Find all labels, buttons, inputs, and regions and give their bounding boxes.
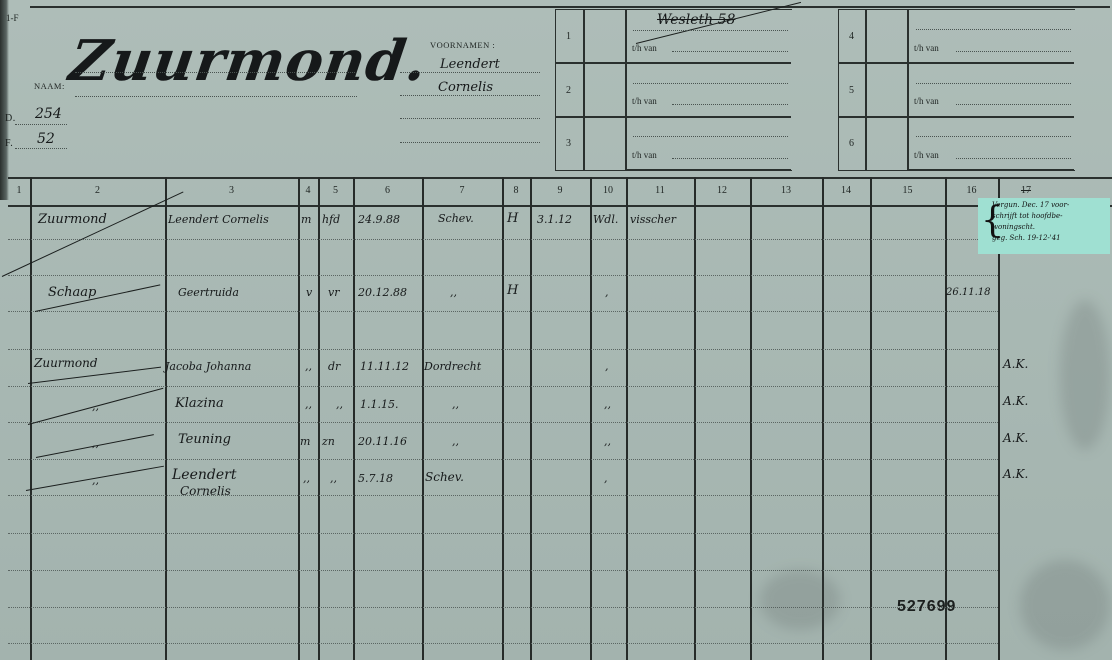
row-1-birthplace: Schev. (438, 212, 474, 225)
row-3-firstnames: Jacoba Johanna (165, 360, 251, 373)
voornamen-dotline-1 (400, 72, 540, 73)
row-rule (8, 311, 998, 312)
row-3-relation: dr (328, 360, 340, 373)
column-header-16: 16 (945, 185, 998, 196)
column-header-10: 10 (590, 185, 626, 196)
address-divider (625, 9, 627, 171)
address-dotline (916, 29, 1071, 30)
column-header-13: 13 (750, 185, 822, 196)
address-divider (907, 9, 909, 171)
margin-note-line-4: geg. Sch. 19-12-'41 (992, 233, 1106, 244)
column-divider (502, 177, 504, 660)
margin-note-line-2: schrijft tot hoofdbe- (992, 211, 1106, 222)
address-box-group-2 (838, 9, 1075, 171)
thv-label-5: t/h van (914, 96, 939, 106)
address-box-num-3: 3 (566, 138, 571, 149)
address-dotline (633, 136, 788, 137)
address-box-num-5: 5 (849, 85, 854, 96)
column-divider (750, 177, 752, 660)
row-6-status: , (604, 472, 608, 485)
row-rule (8, 533, 998, 534)
surname: Zuurmond. (65, 28, 431, 94)
top-rule (30, 6, 1110, 8)
column-header-12: 12 (694, 185, 750, 196)
row-4-sex: ,, (305, 398, 312, 411)
registration-card: 1-F NAAM: Zuurmond. D. 254 F. 52 VOORNAM… (0, 0, 1112, 660)
surname-baseline (75, 96, 357, 97)
address-box-num-1: 1 (566, 31, 571, 42)
address-dotline (633, 83, 788, 84)
column-divider (353, 177, 355, 660)
address-divider (838, 62, 1074, 64)
row-2-departure-date: 26.11.18 (946, 287, 991, 298)
address-divider (583, 9, 585, 171)
margin-note-line-3: woningscht. (992, 222, 1106, 233)
column-divider (30, 177, 32, 660)
column-divider (422, 177, 424, 660)
row-3-status: , (605, 360, 609, 373)
row-2-firstnames: Geertruida (178, 286, 239, 299)
address-box-num-4: 4 (849, 31, 854, 42)
column-divider (626, 177, 628, 660)
column-header-17: 17 (998, 185, 1054, 196)
column-header-9: 9 (530, 185, 590, 196)
column-header-5: 5 (318, 185, 353, 196)
row-1-relation: hfd (322, 213, 340, 226)
row-3-surname: Zuurmond (34, 356, 98, 370)
address-divider (838, 116, 1074, 118)
margin-note-line-1: Vergun. Dec. 17 voor- (992, 200, 1106, 211)
column-header-1: 1 (8, 185, 30, 196)
row-rule (8, 275, 998, 276)
row-1-firstnames: Leendert Cornelis (168, 213, 269, 226)
column-header-2: 2 (30, 185, 165, 196)
row-5-firstnames: Teuning (178, 432, 231, 447)
address-divider (907, 169, 1074, 171)
row-2-sex: v (306, 286, 312, 299)
row-rule (8, 459, 998, 460)
row-4-status: ,, (604, 398, 611, 411)
address-dotline (672, 104, 788, 105)
column-divider (694, 177, 696, 660)
thv-label-4: t/h van (914, 43, 939, 53)
voornamen-line-1: Leendert (440, 57, 500, 72)
row-3-remark: A.K. (1003, 357, 1028, 371)
voornamen-dotline-2 (400, 95, 540, 96)
row-1-religion: H (507, 211, 518, 226)
brace-icon: { (981, 201, 1004, 241)
d-line (15, 124, 67, 125)
row-4-remark: A.K. (1003, 394, 1028, 408)
row-2-birthdate: 20.12.88 (358, 286, 407, 299)
row-6-relation: ,, (330, 472, 337, 485)
f-label: F. (5, 138, 13, 149)
address-dotline (956, 51, 1071, 52)
column-divider (530, 177, 532, 660)
row-2-religion: H (507, 283, 518, 298)
row-3-sex: ,, (305, 360, 312, 373)
naam-label: NAAM: (34, 81, 65, 91)
surname-guide-line (75, 72, 357, 73)
address-divider (555, 62, 791, 64)
row-6-remark: A.K. (1003, 467, 1028, 481)
row-rule (8, 570, 998, 571)
column-header-6: 6 (353, 185, 422, 196)
row-1-status: Wdl. (593, 213, 618, 226)
row-5-status: ,, (604, 435, 611, 448)
address-dotline (956, 158, 1071, 159)
row-rule (8, 386, 998, 387)
row-1-date: 3.1.12 (537, 213, 572, 226)
address-dotline (672, 158, 788, 159)
address-dotline (672, 51, 788, 52)
row-rule (8, 422, 998, 423)
column-header-4: 4 (298, 185, 318, 196)
row-rule (8, 643, 998, 644)
row-6-surname: ,, (92, 474, 99, 487)
address-divider (865, 9, 867, 171)
column-header-15: 15 (870, 185, 945, 196)
voornamen-label: VOORNAMEN : (430, 40, 495, 50)
row-5-birthplace: ,, (452, 435, 459, 448)
address-divider (555, 116, 791, 118)
thv-label-2: t/h van (632, 96, 657, 106)
column-header-7: 7 (422, 185, 502, 196)
row-1-occupation: visscher (630, 213, 676, 226)
archive-stamp-number: 527699 (897, 598, 956, 616)
row-1-surname: Zuurmond (38, 212, 107, 227)
row-1-birthdate: 24.9.88 (358, 213, 400, 226)
thv-label-1: t/h van (632, 43, 657, 53)
row-6-sex: ,, (303, 472, 310, 485)
column-header-11: 11 (626, 185, 694, 196)
paper-stain (1020, 560, 1110, 650)
column-header-3: 3 (165, 185, 298, 196)
paper-stain (1060, 300, 1110, 450)
row-3-birthplace: Dordrecht (424, 360, 481, 373)
row-4-relation: ,, (336, 398, 343, 411)
address-box-num-6: 6 (849, 138, 854, 149)
row-2-status: , (605, 286, 609, 299)
row-4-firstnames: Klazina (175, 396, 224, 411)
address-dotline (916, 83, 1071, 84)
row-rule (8, 495, 998, 496)
row-4-birthdate: 1.1.15. (360, 398, 398, 411)
column-divider (590, 177, 592, 660)
voornamen-dotline-3 (400, 118, 540, 119)
row-6-firstnames: Leendert (172, 467, 236, 483)
row-6-birthplace: Schev. (425, 470, 464, 484)
address-box-num-2: 2 (566, 85, 571, 96)
f-value: 52 (37, 131, 55, 147)
thv-label-3: t/h van (632, 150, 657, 160)
address-dotline (633, 30, 788, 31)
row-2-relation: vr (328, 286, 339, 299)
d-label: D. (5, 113, 16, 124)
paper-stain (760, 570, 840, 630)
column-divider (298, 177, 300, 660)
row-4-birthplace: ,, (452, 398, 459, 411)
row-1-sex: m (301, 213, 311, 226)
address-divider (625, 169, 791, 171)
column-header-14: 14 (822, 185, 870, 196)
row-rule (8, 349, 998, 350)
row-2-birthplace: ,, (450, 286, 457, 299)
row-6-firstnames-cont: Cornelis (180, 484, 231, 498)
voornamen-dotline-4 (400, 142, 540, 143)
voornamen-line-2: Cornelis (438, 80, 493, 95)
thv-label-6: t/h van (914, 150, 939, 160)
d-value: 254 (35, 106, 62, 122)
column-divider (165, 177, 167, 660)
row-rule (8, 607, 998, 608)
f-line (15, 148, 67, 149)
column-divider (870, 177, 872, 660)
corner-mark: 1-F (6, 13, 19, 23)
column-divider (318, 177, 320, 660)
row-2-surname: Schaap (48, 285, 96, 300)
row-rule (8, 239, 998, 240)
column-divider (945, 177, 947, 660)
row-5-remark: A.K. (1003, 431, 1028, 445)
row-6-birthdate: 5.7.18 (358, 472, 393, 485)
row-5-birthdate: 20.11.16 (358, 435, 407, 448)
row-5-relation: zn (322, 435, 335, 448)
address-dotline (916, 136, 1071, 137)
row-5-surname: ,, (92, 437, 99, 450)
binding-shadow (0, 0, 9, 200)
household-table: 1 2 3 4 5 6 7 8 9 10 11 12 13 14 15 16 1… (0, 177, 1112, 660)
margin-note: { Vergun. Dec. 17 voor- schrijft tot hoo… (978, 198, 1110, 254)
address-dotline (956, 104, 1071, 105)
row-3-birthdate: 11.11.12 (360, 360, 409, 373)
row-5-sex: m (300, 435, 310, 448)
column-header-8: 8 (502, 185, 530, 196)
